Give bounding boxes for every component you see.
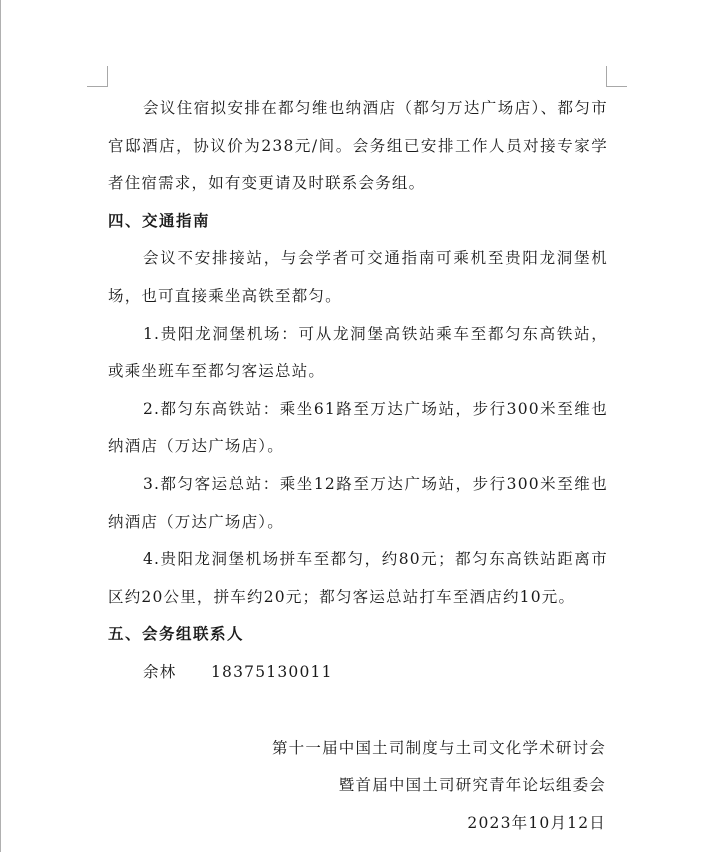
- traffic-item-east-station: 2.都匀东高铁站：乘坐61路至万达广场站，步行300米至维也纳酒店（万达广场店）…: [108, 391, 608, 466]
- traffic-item-bus-terminal: 3.都匀客运总站：乘坐12路至万达广场站，步行300米至维也纳酒店（万达广场店）…: [108, 466, 608, 541]
- accommodation-paragraph: 会议住宿拟安排在都匀维也纳酒店（都匀万达广场店）、都匀市官邸酒店，协议价为238…: [108, 90, 608, 203]
- contact-line: 余林18375130011: [108, 654, 608, 692]
- traffic-item-airport: 1.贵阳龙洞堡机场：可从龙洞堡高铁站乘车至都匀东高铁站，或乘坐班车至都匀客运总站…: [108, 316, 608, 391]
- page-left-edge: [0, 0, 1, 852]
- contact-phone: 18375130011: [211, 663, 333, 681]
- traffic-item-fares: 4.贵阳龙洞堡机场拼车至都匀，约80元；都匀东高铁站距离市区约20公里，拼车约2…: [108, 541, 608, 616]
- signature-date: 2023年10月12日: [108, 805, 606, 843]
- margin-corner-mark-top-left: [87, 66, 108, 87]
- contact-name: 余林: [143, 654, 211, 692]
- margin-corner-mark-top-right: [606, 66, 627, 87]
- section-heading-contact: 五、会务组联系人: [108, 616, 608, 654]
- signature-block: 第十一届中国土司制度与土司文化学术研讨会 暨首届中国土司研究青年论坛组委会 20…: [108, 730, 608, 843]
- signature-organizer-line1: 第十一届中国土司制度与土司文化学术研讨会: [108, 730, 606, 768]
- traffic-intro-paragraph: 会议不安排接站，与会学者可交通指南可乘机至贵阳龙洞堡机场，也可直接乘坐高铁至都匀…: [108, 240, 608, 315]
- signature-organizer-line2: 暨首届中国土司研究青年论坛组委会: [108, 767, 606, 805]
- document-body: 会议住宿拟安排在都匀维也纳酒店（都匀万达广场店）、都匀市官邸酒店，协议价为238…: [108, 90, 608, 842]
- section-heading-traffic-guide: 四、交通指南: [108, 203, 608, 241]
